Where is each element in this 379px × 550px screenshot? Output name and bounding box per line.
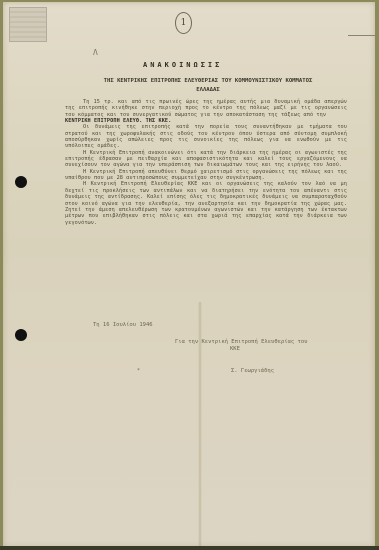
subtitle-line-1: ΤΗΣ ΚΕΝΤΡΙΚΗΣ ΕΠΙΤΡΟΠΗΣ ΕΛΕΥΘΕΡΙΑΣ ΤΟΥ Κ… [63,77,353,86]
paragraph-4: Η Κεντρική Επιτροπή ανακοινώνει ότι κατά… [65,150,347,169]
paragraph-3: Οι δυνάμεις της επιτροπής κατά την πορεί… [65,124,347,149]
handwritten-margin-mark: Λ [93,48,98,57]
punch-hole-top [15,176,27,188]
signature-line-2: ΚΚΕ [175,346,375,353]
document-page: 1 Λ ΑΝΑΚΟΙΝΩΣΙΣ ΤΗΣ ΚΕΝΤΡΙΚΗΣ ΕΠΙΤΡΟΠΗΣ … [3,2,375,547]
document-subtitle: ΤΗΣ ΚΕΝΤΡΙΚΗΣ ΕΠΙΤΡΟΠΗΣ ΕΛΕΥΘΕΡΙΑΣ ΤΟΥ Κ… [63,77,353,95]
signatory-name: Σ. Γεωργιάδης [231,368,274,374]
signature-line-1: Για την Κεντρική Επιτροπή Ελευθερίας του [175,339,375,346]
scan-bottom-edge [0,546,379,550]
subtitle-line-2: ΕΛΛΑΔΑΣ [63,86,353,95]
paragraph-6: Η Κεντρική Επιτροπή Ελευθερίας ΚΚΕ και ο… [65,181,347,225]
pencil-dash-mark [348,35,378,36]
document-body: Τη 15 τρ. και από τις πρωινές ώρες της η… [65,99,347,226]
page-number-circle: 1 [175,12,192,34]
archive-stamp [9,7,47,42]
paragraph-1: Τη 15 τρ. και από τις πρωινές ώρες της η… [65,99,347,118]
document-title: ΑΝΑΚΟΙΝΩΣΙΣ [143,61,253,69]
punch-hole-bottom [15,329,27,341]
signature-block: Για την Κεντρική Επιτροπή Ελευθερίας του… [175,339,375,353]
signature-mark: * [137,368,140,374]
paragraph-5: Η Κεντρική Επιτροπή απευθύνει θερμό χαιρ… [65,169,347,182]
date-line: Τη 16 Ιουλίου 1946 [93,322,153,328]
